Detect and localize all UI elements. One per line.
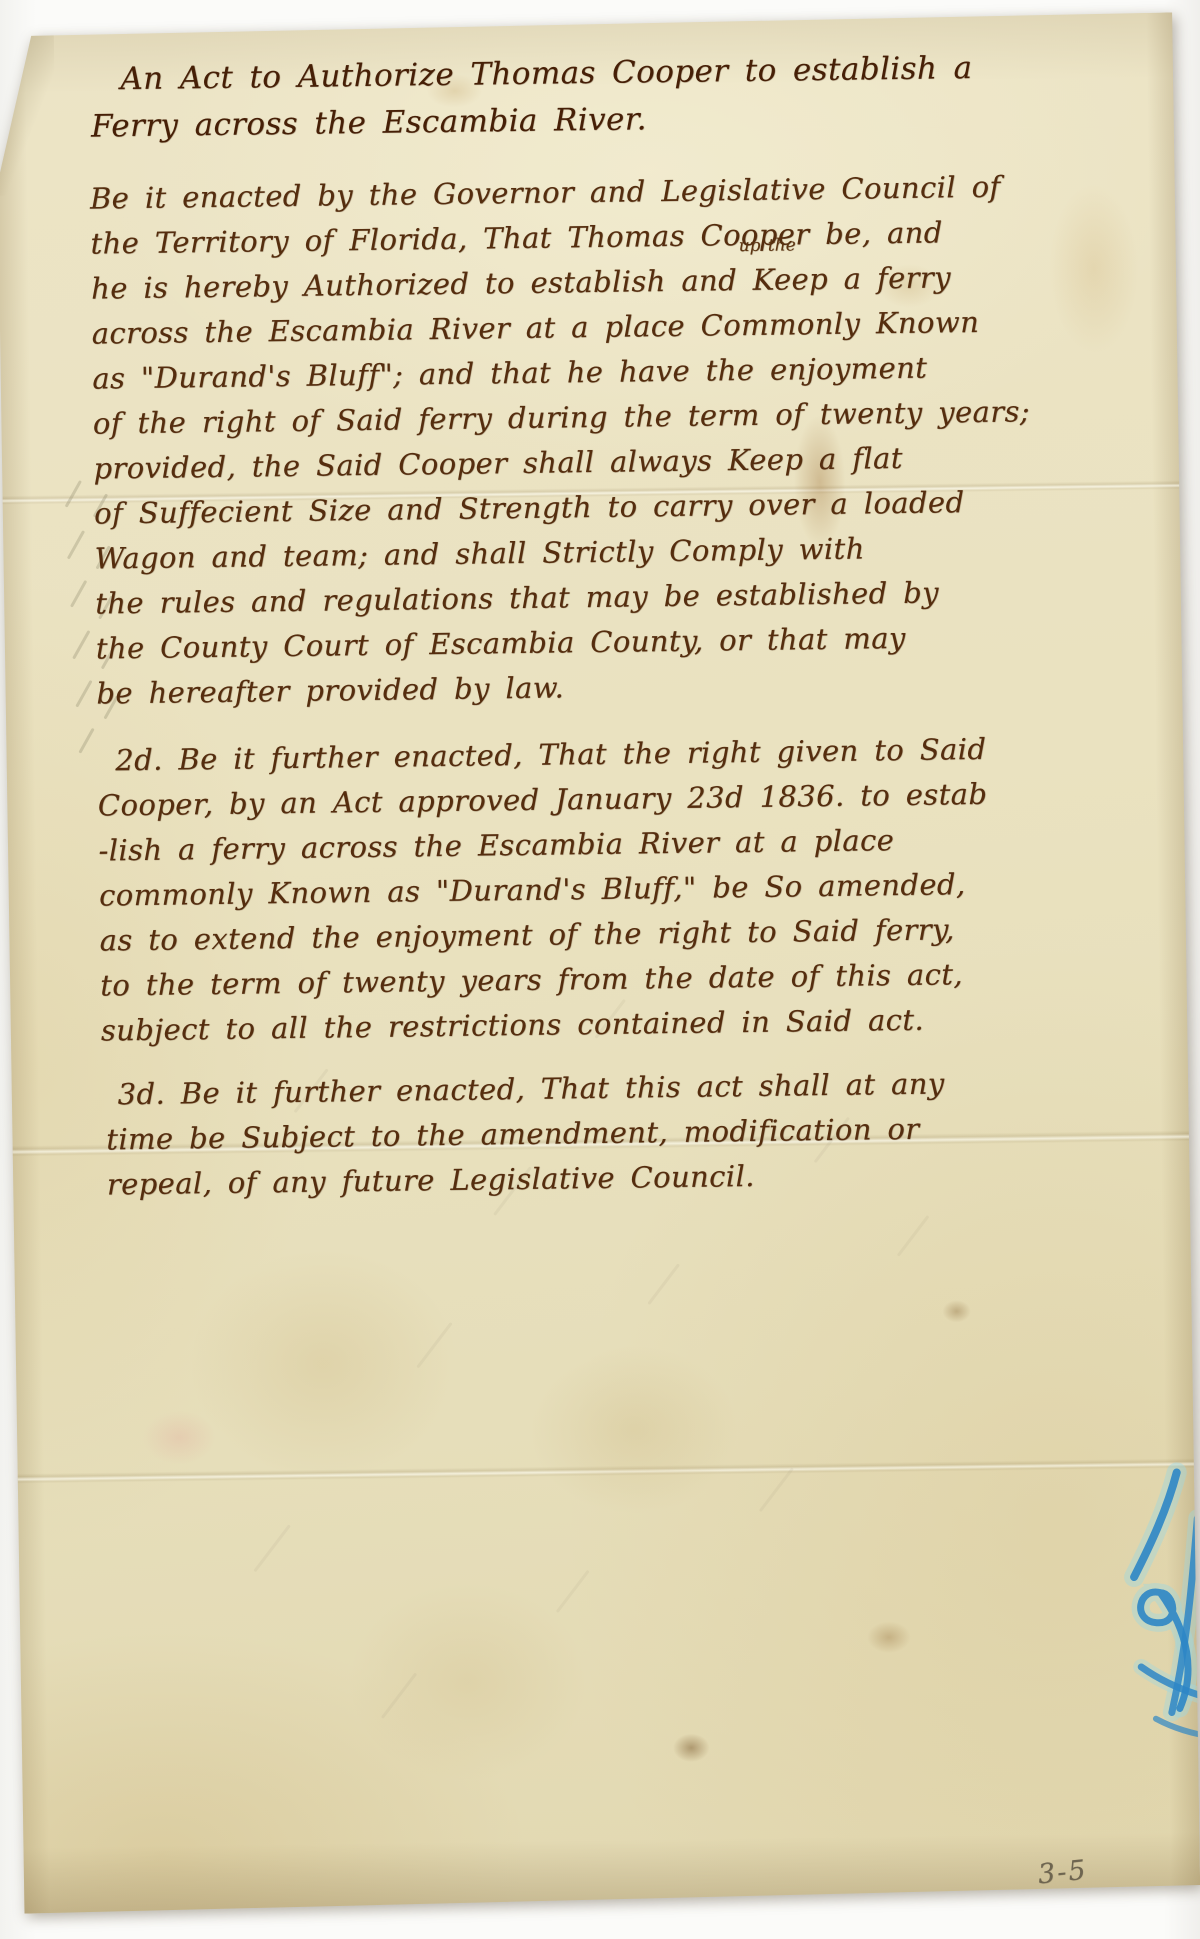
blue-crayon-mark	[1097, 1460, 1200, 1761]
section-3: 3d. Be it further enacted, That this act…	[105, 1061, 946, 1207]
stain	[673, 1734, 709, 1762]
stain	[528, 1343, 740, 1516]
document-title: An Act to Authorize Thomas Cooper to est…	[104, 45, 973, 150]
pencil-page-number: 3-5	[1037, 1855, 1089, 1891]
stain	[1048, 183, 1140, 354]
fold-crease	[15, 1458, 1195, 1483]
stain	[346, 1580, 589, 1783]
scan-background: An Act to Authorize Thomas Cooper to est…	[0, 0, 1200, 1939]
paper-sheet: An Act to Authorize Thomas Cooper to est…	[0, 12, 1200, 1913]
section-2: 2d. Be it further enacted, That the righ…	[97, 727, 991, 1054]
section-1: up the Be it enacted by the Governor and…	[90, 164, 1034, 716]
stain	[187, 1247, 460, 1481]
stain	[867, 1621, 911, 1654]
interlineation-note: up the	[739, 237, 796, 255]
manuscript-line: repeal, of any future Legislative Counci…	[107, 1151, 946, 1207]
stain	[942, 1300, 970, 1322]
stain	[142, 1410, 217, 1465]
paper-corner-fold	[0, 35, 56, 196]
